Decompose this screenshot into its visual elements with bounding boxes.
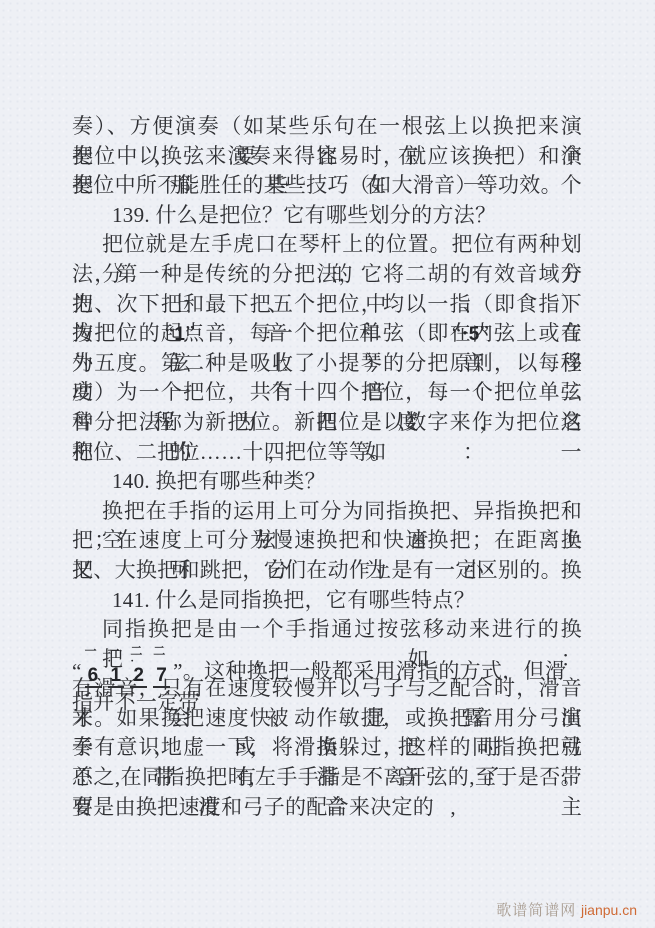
question-heading-140: 140. 换把有哪些种类？ [72,467,582,497]
text-line: 来。如果换把速度快、动作敏捷，或换把音用分弓演奏，或换把时弓 [72,704,582,734]
text-line: 度）为一个把位，共有十四个把位，每一个把位单弦音程为四度，这 [72,378,582,408]
text-line: 把位中以换弦来演奏来得容易时，就应该换把）和演奏那些在一个 [72,142,582,172]
text-line: 总之,在同指换把时,左手手指是不离开弦的,至于是否带有滑音,主 [72,763,582,793]
watermark-site-name: 歌谱简谱网 [496,903,576,919]
text-line: 为把位的起点音，每一个把位单弦（即在内弦上或在外弦上）音程 [72,319,582,349]
text-line: 把位中所不能胜任的某些技巧（如大滑音）等功效。 [72,171,582,201]
octave-dot: · [108,658,125,665]
octave-dot: · [130,658,147,665]
text-line: 把；在速度上可分为慢速换把和快速换把；在距离上又可分为小换 [72,526,582,556]
text-line: 换把在手指的运用上可分为同指换把、异指换把和空弦音换 [72,497,582,527]
watermark: 歌谱简谱网 jianpu.cn [496,899,637,920]
octave-dot [85,658,102,665]
jianpu-notation-line: “一6一·1二·2二7”。这种换把一般都采用滑指的方式，但滑指并不一定带 [72,645,582,675]
text-line: 同指换把是由一个手指通过按弦移动来进行的换把，如： [72,615,582,645]
finger-mark: 一 [85,645,102,658]
text-line: 法，第一种是传统的分把法，它将二胡的有效音域分为上、中、下 [72,260,582,290]
text-line: 子有意识地虚一下，将滑指躲过，这样的同指换把就不带有滑音了。 [72,733,582,763]
octave-dot [153,658,170,665]
watermark-url: jianpu.cn [581,902,637,918]
scanned-book-page: 奏）、方便演奏（如某些乐句在一根弦上以换把来演奏，要比在一个 把位中以换弦来演奏… [0,0,655,928]
page-text-block: 奏）、方便演奏（如某些乐句在一根弦上以换把来演奏，要比在一个 把位中以换弦来演奏… [72,112,582,822]
question-heading-139: 139. 什么是把位？它有哪些划分的方法？ [72,201,582,231]
text-line-with-note-names: 把、次下把和最下把五个把位，均以一指（即食指）按“1”音和“·5”音 [72,290,582,320]
text-line: 有滑音，只有在速度较慢并以弓子与之配合时，滑音才会被显露出 [72,674,582,704]
text-line: 把、大换把和跳把，它们在动作上是有一定区别的。 [72,556,582,586]
text-line: 种分把法称为新把位。新把位是以数字来作为把位名称的，如：一 [72,408,582,438]
finger-mark: 二 [153,645,170,658]
text-line: 为五度。第二种是吸收了小提琴的分把原则，以每移动一个音（二 [72,349,582,379]
question-heading-141: 141. 什么是同指换把，它有哪些特点？ [72,586,582,616]
text-line: 把位就是左手虎口在琴杆上的位置。把位有两种划分的方 [72,230,582,260]
text-line: 奏）、方便演奏（如某些乐句在一根弦上以换把来演奏，要比在一个 [72,112,582,142]
